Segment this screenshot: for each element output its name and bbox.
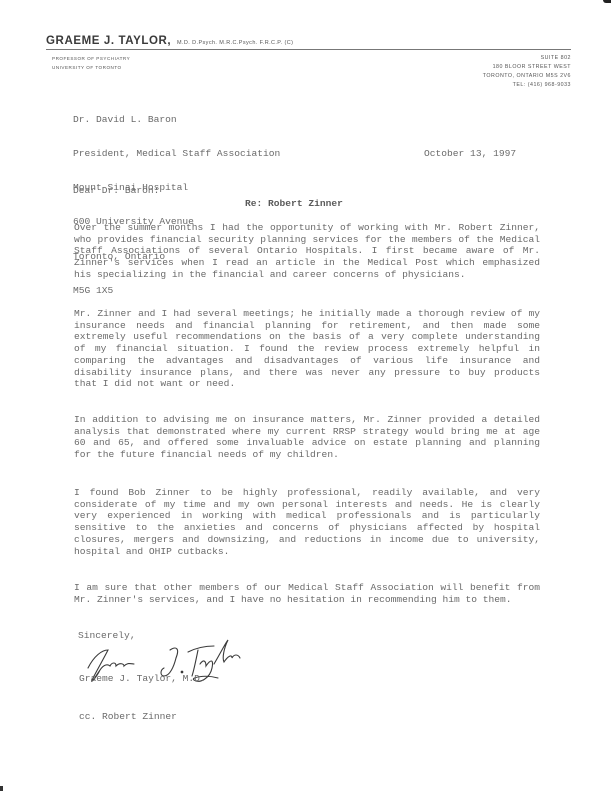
letterhead-city: Toronto, Ontario M5S 2V6: [483, 72, 571, 81]
recipient-line: M5G 1X5: [73, 285, 280, 296]
letterhead-title: Professor of Psychiatry: [52, 54, 130, 63]
letterhead-name-text: GRAEME J. TAYLOR,: [46, 35, 171, 47]
letterhead-affiliation: Professor of Psychiatry University of To…: [52, 54, 130, 72]
letterhead-address: Suite 802 180 Bloor Street West Toronto,…: [483, 54, 571, 90]
letter-page: GRAEME J. TAYLOR, M.D. D.Psych. M.R.C.Ps…: [0, 0, 611, 791]
letterhead-street: 180 Bloor Street West: [483, 63, 571, 72]
letterhead-credentials: M.D. D.Psych. M.R.C.Psych. F.R.C.P. (C): [177, 40, 293, 46]
body-paragraph: In addition to advising me on insurance …: [74, 414, 540, 461]
body-paragraph: Over the summer months I had the opportu…: [74, 222, 540, 281]
subject-line: Re: Robert Zinner: [245, 198, 343, 209]
cc-line: cc. Robert Zinner: [79, 711, 177, 722]
recipient-line: President, Medical Staff Association: [73, 148, 280, 159]
letterhead-suite: Suite 802: [483, 54, 571, 63]
scan-artifact: [0, 786, 3, 791]
letterhead-phone: Tel: (416) 968-9033: [483, 81, 571, 90]
body-paragraph: Mr. Zinner and I had several meetings; h…: [74, 308, 540, 390]
salutation: Dear Dr. Baron:: [73, 185, 159, 196]
scan-artifact: [603, 0, 611, 3]
body-paragraph: I found Bob Zinner to be highly professi…: [74, 487, 540, 557]
letter-date: October 13, 1997: [424, 148, 516, 159]
letterhead-rule: [46, 49, 571, 50]
letterhead-university: University of Toronto: [52, 63, 130, 72]
signer-name: Graeme J. Taylor, M.D.: [79, 673, 206, 684]
body-paragraph: I am sure that other members of our Medi…: [74, 582, 540, 605]
recipient-line: Dr. David L. Baron: [73, 114, 280, 125]
letterhead-name: GRAEME J. TAYLOR, M.D. D.Psych. M.R.C.Ps…: [46, 35, 293, 47]
